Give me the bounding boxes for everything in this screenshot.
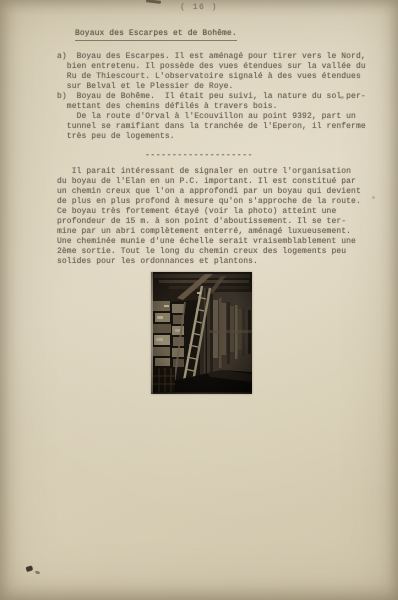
text-line: bien entretenu. Il possède des vues éten… bbox=[57, 62, 366, 72]
text-line: de plus en plus profond à mesure qu'on s… bbox=[57, 197, 361, 207]
paragraph-b: b) Boyau de Bohême. Il était peu suivi, … bbox=[57, 92, 366, 142]
text-line: mine par un abri complètement enterré, a… bbox=[57, 227, 361, 237]
paragraph-main: Il parait intéressant de signaler en out… bbox=[57, 167, 361, 267]
text-line: un chemin creux que l'on a approfondi pa… bbox=[57, 187, 361, 197]
ink-mark-bottom-small bbox=[35, 570, 41, 575]
text-line: b) Boyau de Bohême. Il était peu suivi, … bbox=[57, 92, 366, 102]
document-title: Boyaux des Escarpes et de Bohême. bbox=[75, 29, 237, 41]
ink-mark-bottom bbox=[25, 565, 34, 572]
text-line: solides pour les ordonnances et plantons… bbox=[57, 257, 361, 267]
paper-spot-mid bbox=[372, 196, 375, 199]
paragraph-a: a) Boyau des Escarpes. Il est aménagé po… bbox=[57, 52, 366, 92]
text-line: De la route d'Orval à l'Ecouvillon au po… bbox=[57, 112, 366, 122]
text-line: profondeur de 15 m. à son point d'abouti… bbox=[57, 217, 361, 227]
text-line: Ru de Thiescourt. L'observatoire signalé… bbox=[57, 72, 366, 82]
text-line: a) Boyau des Escarpes. Il est aménagé po… bbox=[57, 52, 366, 62]
text-line: du boyau de l'Elan en un P.C. important.… bbox=[57, 177, 361, 187]
text-line: 2ème sortie. Tout le long du chemin creu… bbox=[57, 247, 361, 257]
text-line: Une cheminée munie d'une échelle serait … bbox=[57, 237, 361, 247]
text-line: tunnel se ramifiant dans la tranchée de … bbox=[57, 122, 366, 132]
dashed-divider: -------------------- bbox=[0, 151, 398, 161]
trench-photo bbox=[151, 272, 252, 394]
trench-photo-art bbox=[151, 272, 252, 394]
text-line: Ce boyau très fortement étayé (voir la p… bbox=[57, 207, 361, 217]
text-line: sur Belval et le Plessier de Roye. bbox=[57, 82, 366, 92]
page-number: ( 16 ) bbox=[0, 3, 398, 13]
text-line: très peu de logements. bbox=[57, 132, 366, 142]
text-line: Il parait intéressant de signaler en out… bbox=[57, 167, 361, 177]
scanned-page: ( 16 ) Boyaux des Escarpes et de Bohême.… bbox=[0, 0, 398, 600]
text-line: mettant des chemins défilés à travers bo… bbox=[57, 102, 366, 112]
